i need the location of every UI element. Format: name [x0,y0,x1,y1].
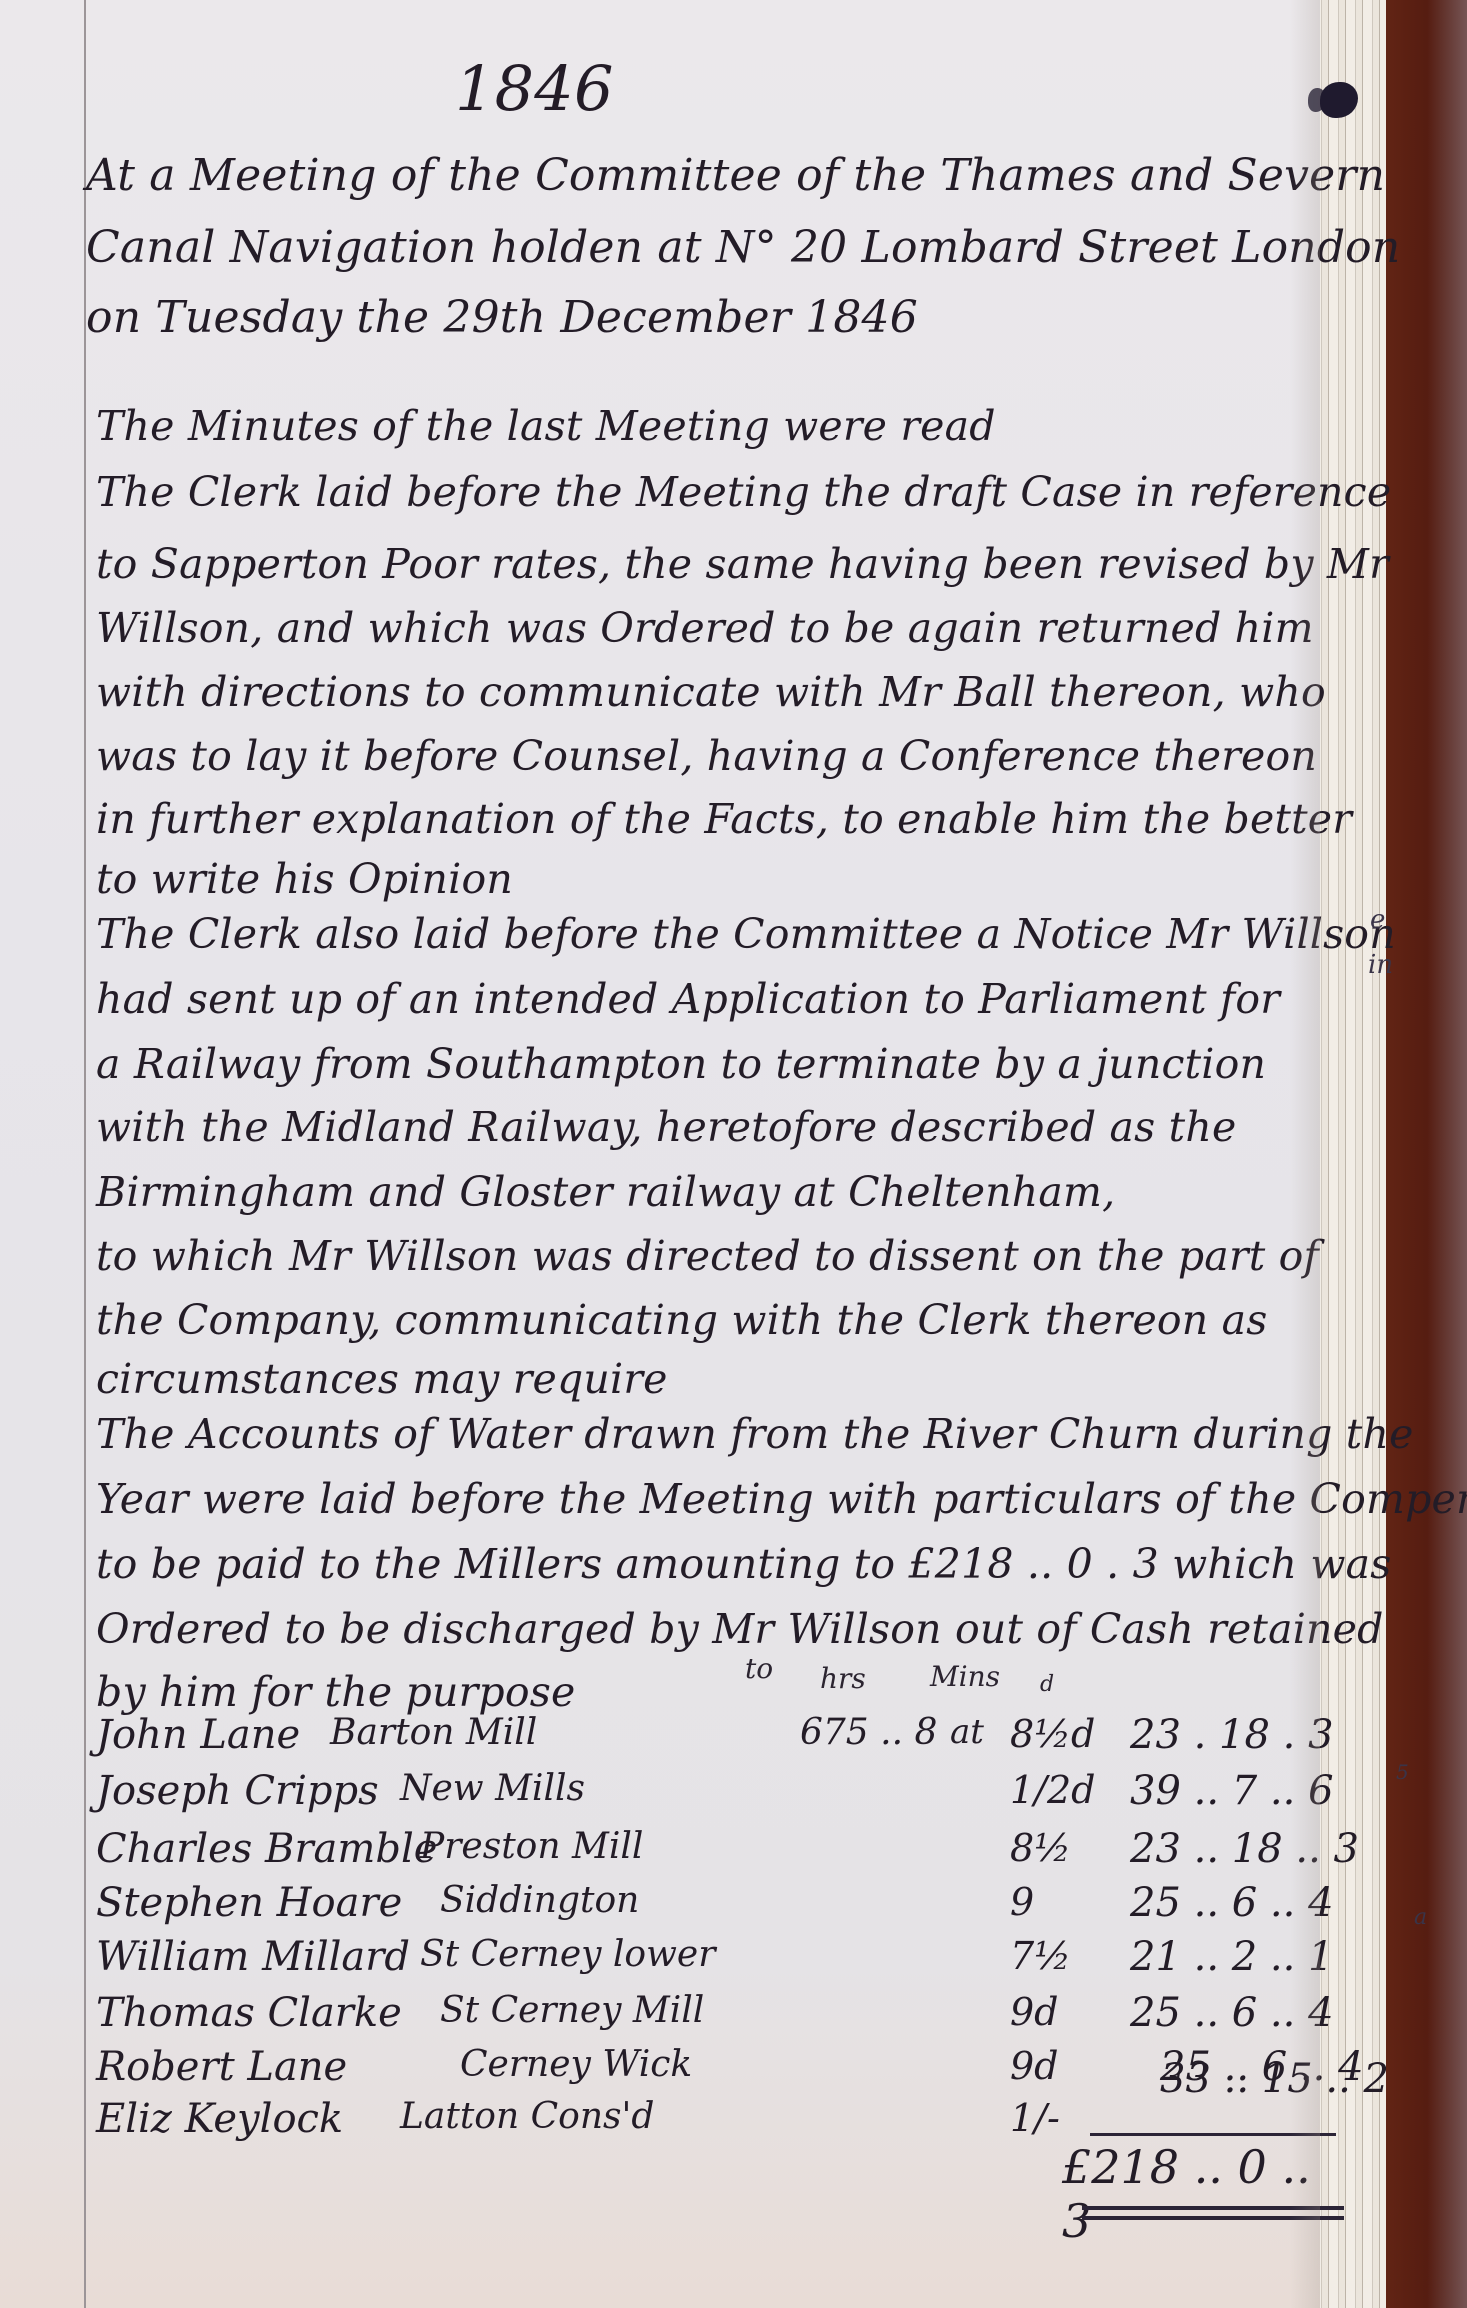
at-label: at [950,1712,984,1752]
minute-line: Willson, and which was Ordered to be aga… [96,604,1314,652]
miller-name: William Millard [96,1934,410,1980]
amount-value: 39 .. 7 .. 6 [1130,1768,1334,1814]
margin-mark: e [1370,905,1385,935]
table-row: John Lane Barton Mill 675 .. 8 at 8½d 23… [0,1712,1320,1772]
minute-line: to which Mr Willson was directed to diss… [96,1232,1319,1280]
miller-name: Charles Bramble [96,1826,437,1872]
year-heading: 1846 [455,52,614,125]
mill-name: Cerney Wick [460,2044,692,2085]
table-row: Joseph Cripps New Mills 1/2d 39 .. 7 .. … [0,1768,1320,1828]
table-row: Stephen Hoare Siddington 9 25 .. 6 .. 4 [0,1880,1320,1940]
rate-value: 9d [1010,2044,1059,2088]
minute-line: Birmingham and Gloster railway at Chelte… [96,1168,1115,1216]
rate-value: 8½ [1010,1826,1071,1870]
table-row: Thomas Clarke St Cerney Mill 9d 25 .. 6 … [0,1990,1320,2050]
minute-line: to Sapperton Poor rates, the same having… [96,540,1389,588]
amount-value: 21 .. 2 .. 1 [1130,1934,1334,1980]
meeting-heading-line-3: on Tuesday the 29th December 1846 [86,292,918,343]
background-edge [1427,0,1467,2308]
total-double-rule [1082,2206,1344,2210]
meeting-heading-line-2: Canal Navigation holden at N° 20 Lombard… [86,222,1400,273]
sum-rule [1090,2133,1336,2136]
miller-name: Eliz Keylock [96,2096,343,2142]
minute-line: The Clerk laid before the Meeting the dr… [96,468,1391,516]
total-amount: £218 .. 0 .. 3 [1062,2140,1320,2248]
miller-name: Joseph Cripps [96,1768,379,1814]
minute-line: with directions to communicate with Mr B… [96,668,1326,716]
table-row: William Millard St Cerney lower 7½ 21 ..… [0,1934,1320,1994]
mill-name: Preston Mill [420,1826,643,1867]
rate-value: 8½d [1010,1712,1095,1756]
column-header-hours: hrs [820,1662,866,1695]
amount-value: 25 .. 6 .. 4 [1130,1880,1334,1926]
amount-value: 23 .. 18 .. 3 [1130,1826,1359,1872]
column-header-minutes: Mins [930,1660,1000,1693]
margin-mark: a [1414,1905,1427,1930]
minute-line: Ordered to be discharged by Mr Willson o… [96,1605,1384,1653]
mill-name: New Mills [400,1768,585,1809]
column-header-to: to [745,1652,773,1685]
ledger-page: 1846 At a Meeting of the Committee of th… [0,0,1320,2308]
minute-line: circumstances may require [96,1355,668,1403]
mill-name: Siddington [440,1880,639,1921]
margin-mark: in [1368,950,1393,980]
table-row: Robert Lane Cerney Wick 9d 25 .. 6 .. 4 [0,2044,1320,2104]
miller-name: Robert Lane [96,2044,347,2090]
minute-line: in further explanation of the Facts, to … [96,795,1352,843]
amount-value: 25 .. 6 .. 4 [1130,1990,1334,2036]
table-row: Charles Bramble Preston Mill 8½ 23 .. 18… [0,1826,1320,1886]
column-header-rate-unit: d [1040,1672,1054,1697]
minute-line: to be paid to the Millers amounting to £… [96,1540,1392,1588]
margin-mark: 5 [1396,1760,1409,1784]
rate-value: 9 [1010,1880,1034,1924]
mill-name: St Cerney Mill [440,1990,704,2031]
miller-name: John Lane [96,1712,300,1758]
minute-line: The Clerk also laid before the Committee… [96,910,1396,958]
minute-line: by him for the purpose [96,1668,575,1716]
rate-value: 1/- [1010,2096,1060,2140]
mill-name: St Cerney lower [420,1934,715,1975]
amount-value: 33 .. 15 .. 2 [1160,2056,1389,2102]
minute-line: a Railway from Southampton to terminate … [96,1040,1266,1088]
minute-line: was to lay it before Counsel, having a C… [96,732,1317,780]
minute-line: The Accounts of Water drawn from the Riv… [96,1410,1414,1458]
minute-line: had sent up of an intended Application t… [96,975,1280,1023]
rate-value: 9d [1010,1990,1059,2034]
mill-name: Barton Mill [330,1712,537,1753]
miller-name: Stephen Hoare [96,1880,402,1926]
mill-name: Latton Cons'd [400,2096,654,2137]
rate-value: 1/2d [1010,1768,1095,1812]
amount-value: 23 . 18 . 3 [1130,1712,1334,1758]
rate-value: 7½ [1010,1934,1071,1978]
minute-line: the Company, communicating with the Cler… [96,1296,1268,1344]
miller-name: Thomas Clarke [96,1990,402,2036]
minute-line: Year were laid before the Meeting with p… [96,1475,1467,1523]
minute-line: with the Midland Railway, heretofore des… [96,1103,1236,1151]
minute-line: to write his Opinion [96,855,513,903]
hours-value: 675 .. 8 [800,1712,937,1753]
minute-line: The Minutes of the last Meeting were rea… [96,402,996,450]
meeting-heading-line-1: At a Meeting of the Committee of the Tha… [86,150,1385,201]
